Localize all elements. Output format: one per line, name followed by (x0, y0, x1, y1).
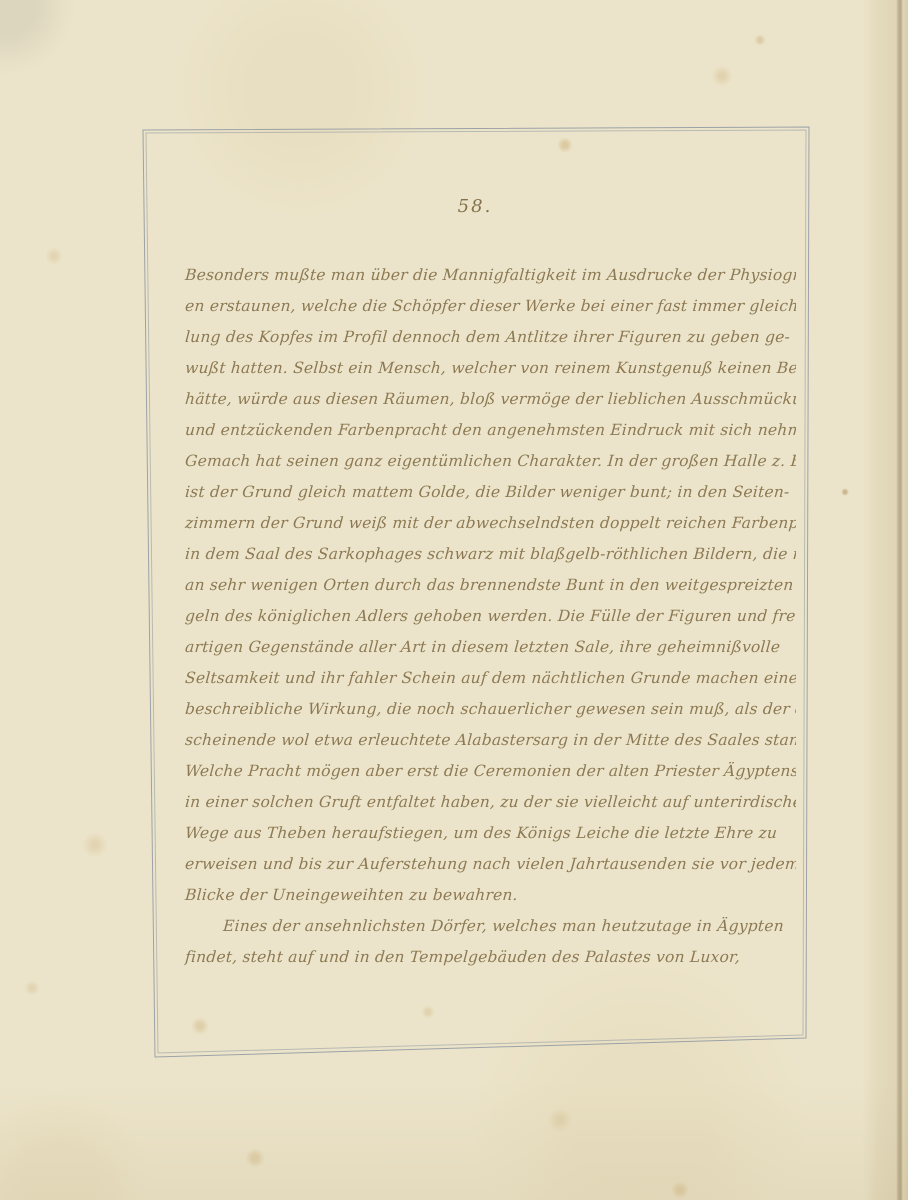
manuscript-line: en erstaunen, welche die Schöpfer dieser… (184, 291, 796, 322)
manuscript-line: Besonders mußte man über die Mannigfalti… (184, 260, 796, 291)
manuscript-line: findet, steht auf und in den Tempelgebäu… (184, 942, 796, 973)
manuscript-line: zimmern der Grund weiß mit der abwechsel… (184, 508, 796, 539)
manuscript-line: Wege aus Theben heraufstiegen, um des Kö… (184, 818, 796, 849)
manuscript-line: Welche Pracht mögen aber erst die Ceremo… (184, 756, 796, 787)
manuscript-line: erweisen und bis zur Auferstehung nach v… (184, 849, 796, 880)
text-block: Besonders mußte man über die Mannigfalti… (184, 260, 796, 982)
manuscript-line: Gemach hat seinen ganz eigentümlichen Ch… (184, 446, 796, 477)
manuscript-line: an sehr wenigen Orten durch das brennend… (184, 570, 796, 601)
manuscript-line: und entzückenden Farbenpracht den angene… (184, 415, 796, 446)
manuscript-line: artigen Gegenstände aller Art in diesem … (184, 632, 796, 663)
manuscript-line: Eines der ansehnlichsten Dörfer, welches… (184, 911, 796, 942)
manuscript-line: scheinende wol etwa erleuchtete Alabaste… (184, 725, 796, 756)
manuscript-line: geln des königlichen Adlers gehoben werd… (184, 601, 796, 632)
manuscript-page: 58. Besonders mußte man über die Mannigf… (0, 0, 908, 1200)
page-number: 58. (400, 196, 550, 217)
manuscript-line: beschreibliche Wirkung, die noch schauer… (184, 694, 796, 725)
manuscript-line: Blicke der Uneingeweihten zu bewahren. (184, 880, 796, 911)
manuscript-line: Seltsamkeit und ihr fahler Schein auf de… (184, 663, 796, 694)
manuscript-line: hätte, würde aus diesen Räumen, bloß ver… (184, 384, 796, 415)
manuscript-line: lung des Kopfes im Profil dennoch dem An… (184, 322, 796, 353)
manuscript-line: wußt hatten. Selbst ein Mensch, welcher … (184, 353, 796, 384)
manuscript-line: in dem Saal des Sarkophages schwarz mit … (184, 539, 796, 570)
manuscript-line: in einer solchen Gruft entfaltet haben, … (184, 787, 796, 818)
manuscript-line: ist der Grund gleich mattem Golde, die B… (184, 477, 796, 508)
